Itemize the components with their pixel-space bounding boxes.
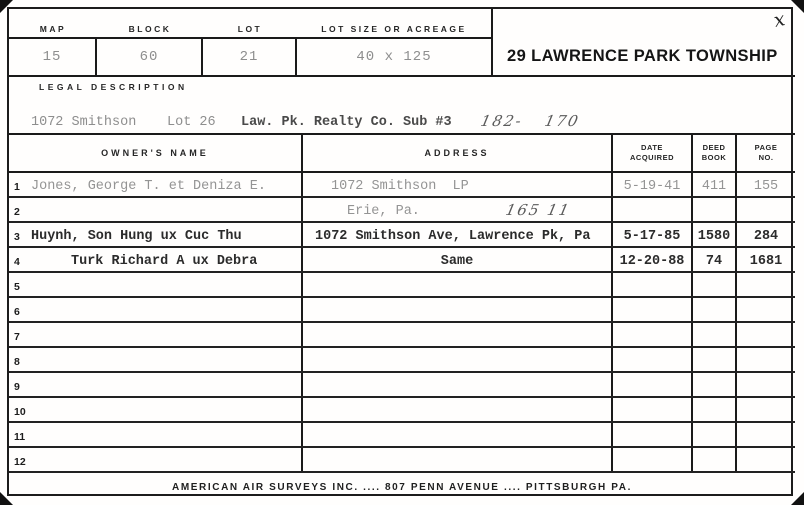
owners-table-header: OWNER'S NAME ADDRESS DATEACQUIRED DEEDBO… [9, 135, 795, 173]
date-acquired-cell [613, 448, 693, 471]
legal-lot-typed: Lot 26 [167, 115, 216, 130]
owner-name-cell: 12 [9, 448, 303, 471]
address-cell [303, 398, 613, 421]
page-no-cell [737, 298, 795, 321]
page-no-cell: 284 [737, 223, 795, 246]
row-number: 2 [14, 206, 20, 218]
table-row: 8 [9, 348, 795, 373]
deed-book-cell: 411 [693, 173, 737, 196]
row-number: 5 [14, 281, 20, 293]
owner-name-cell: 6 [9, 298, 303, 321]
field-values-row: 15 60 21 40 x 125 [9, 37, 491, 75]
table-row: 11 [9, 423, 795, 448]
address-cell [303, 323, 613, 346]
owner-name-cell: 7 [9, 323, 303, 346]
address-cell [303, 348, 613, 371]
page-no-cell [737, 273, 795, 296]
map-block-lot-fields: MAP BLOCK LOT LOT SIZE OR ACREAGE 15 60 … [9, 9, 491, 75]
page-no-cell [737, 448, 795, 471]
table-row: 7 [9, 323, 795, 348]
owner-name-cell: 3Huynh, Son Hung ux Cuc Thu [9, 223, 303, 246]
lot-size-value: 40 x 125 [356, 49, 431, 65]
table-row: 4Turk Richard A ux DebraSame12-20-887416… [9, 248, 795, 273]
row-number: 6 [14, 306, 20, 318]
deed-book-cell [693, 323, 737, 346]
owner-name-cell: 2 [9, 198, 303, 221]
date-acquired-cell [613, 423, 693, 446]
page-no-cell [737, 373, 795, 396]
handwritten-note: 165 11 [504, 201, 572, 219]
deed-book-header: DEEDBOOK [702, 143, 727, 163]
table-row: 2Erie, Pa.165 11 [9, 198, 795, 223]
date-acquired-cell [613, 298, 693, 321]
page-no-cell [737, 348, 795, 371]
address-cell [303, 373, 613, 396]
owner-name-cell: 8 [9, 348, 303, 371]
date-acquired-header: DATEACQUIRED [630, 143, 674, 163]
owner-name-header: OWNER'S NAME [101, 148, 209, 158]
table-row: 10 [9, 398, 795, 423]
legal-subdivision-typed: Law. Pk. Realty Co. Sub #3 [241, 115, 452, 130]
deed-book-cell: 1580 [693, 223, 737, 246]
field-labels-row: MAP BLOCK LOT LOT SIZE OR ACREAGE [9, 9, 491, 37]
table-row: 1Jones, George T. et Deniza E.1072 Smith… [9, 173, 795, 198]
date-acquired-cell: 5-19-41 [613, 173, 693, 196]
address-cell: 1072 Smithson Ave, Lawrence Pk, Pa [303, 223, 613, 246]
owner-name-cell: 1Jones, George T. et Deniza E. [9, 173, 303, 196]
owner-name-cell: 11 [9, 423, 303, 446]
deed-book-cell [693, 348, 737, 371]
address-header: ADDRESS [424, 148, 489, 158]
date-acquired-cell: 12-20-88 [613, 248, 693, 271]
page-no-cell [737, 398, 795, 421]
row-number: 1 [14, 181, 20, 193]
map-value: 15 [43, 49, 62, 65]
map-label: MAP [40, 24, 66, 34]
deed-book-cell [693, 198, 737, 221]
deed-book-cell [693, 273, 737, 296]
date-acquired-cell: 5-17-85 [613, 223, 693, 246]
owners-table-body: 1Jones, George T. et Deniza E.1072 Smith… [9, 173, 795, 473]
deed-book-cell [693, 448, 737, 471]
block-label: BLOCK [129, 24, 172, 34]
legal-description-label: LEGAL DESCRIPTION [39, 82, 188, 92]
table-row: 12 [9, 448, 795, 473]
page-no-header: PAGENO. [755, 143, 778, 163]
address-cell [303, 448, 613, 471]
row-number: 3 [14, 231, 20, 243]
owner-name-cell: 5 [9, 273, 303, 296]
deed-book-cell [693, 298, 737, 321]
row-number: 9 [14, 381, 20, 393]
surveyor-footer: AMERICAN AIR SURVEYS INC. .... 807 PENN … [9, 482, 795, 493]
lot-value: 21 [240, 49, 259, 65]
block-value: 60 [140, 49, 159, 65]
date-acquired-cell [613, 273, 693, 296]
lot-label: LOT [238, 24, 263, 34]
address-cell: Erie, Pa.165 11 [303, 198, 613, 221]
row-number: 11 [14, 431, 25, 443]
page-no-cell: 155 [737, 173, 795, 196]
deed-book-cell: 74 [693, 248, 737, 271]
deed-book-cell [693, 398, 737, 421]
legal-description-line: 1072 Smithson Lot 26 Law. Pk. Realty Co.… [9, 103, 795, 135]
address-cell: 1072 Smithson LP [303, 173, 613, 196]
handwritten-x-mark: x [772, 8, 787, 32]
date-acquired-cell [613, 398, 693, 421]
township-block: 29 LAWRENCE PARK TOWNSHIP x [491, 9, 795, 75]
deed-book-cell [693, 373, 737, 396]
row-number: 10 [14, 406, 26, 418]
legal-handwritten-note-2: 170 [543, 112, 581, 130]
deed-book-cell [693, 423, 737, 446]
legal-address-typed: 1072 Smithson [31, 115, 136, 130]
date-acquired-cell [613, 198, 693, 221]
table-row: 6 [9, 298, 795, 323]
row-number: 8 [14, 356, 20, 368]
top-fields-section: MAP BLOCK LOT LOT SIZE OR ACREAGE 15 60 … [9, 9, 795, 77]
row-number: 12 [14, 456, 26, 468]
date-acquired-cell [613, 323, 693, 346]
owner-name-cell: 10 [9, 398, 303, 421]
page-no-cell: 1681 [737, 248, 795, 271]
address-cell: Same [303, 248, 613, 271]
table-row: 9 [9, 373, 795, 398]
lot-size-label: LOT SIZE OR ACREAGE [321, 24, 466, 34]
date-acquired-cell [613, 348, 693, 371]
owners-table: OWNER'S NAME ADDRESS DATEACQUIRED DEEDBO… [9, 135, 795, 473]
row-number: 4 [14, 256, 20, 268]
owner-name-cell: 4Turk Richard A ux Debra [9, 248, 303, 271]
property-record-card: MAP BLOCK LOT LOT SIZE OR ACREAGE 15 60 … [0, 0, 804, 505]
legal-handwritten-note-1: 182- [479, 112, 525, 130]
row-number: 7 [14, 331, 20, 343]
address-cell [303, 273, 613, 296]
page-no-cell [737, 323, 795, 346]
address-cell [303, 298, 613, 321]
page-no-cell [737, 198, 795, 221]
owner-name-cell: 9 [9, 373, 303, 396]
township-title: 29 LAWRENCE PARK TOWNSHIP [507, 47, 778, 66]
table-row: 5 [9, 273, 795, 298]
table-row: 3Huynh, Son Hung ux Cuc Thu1072 Smithson… [9, 223, 795, 248]
date-acquired-cell [613, 373, 693, 396]
page-no-cell [737, 423, 795, 446]
address-cell [303, 423, 613, 446]
